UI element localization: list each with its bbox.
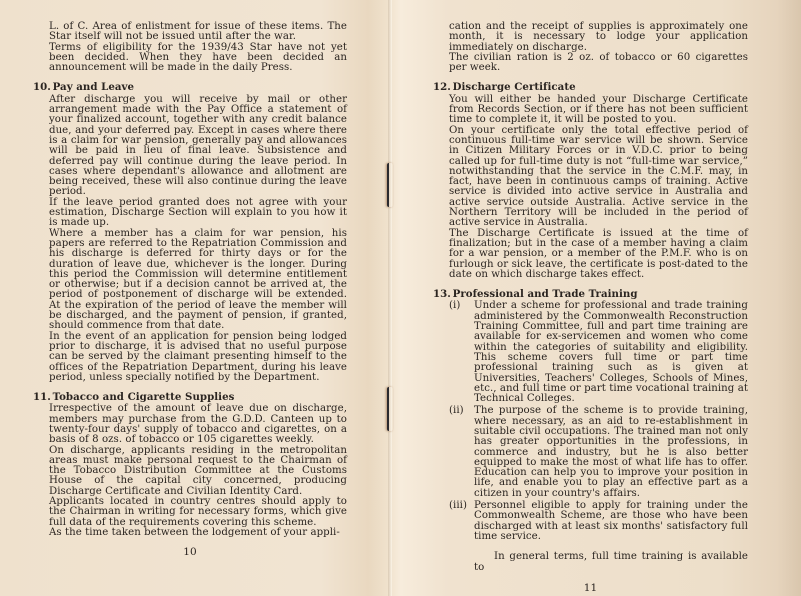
list-item-text: The purpose of the scheme is to provide … (474, 406, 748, 499)
left-intro-paragraph: L. of C. Area of enlistment for issue of… (49, 22, 347, 43)
section-tobacco-supplies: 11. Tobacco and Cigarette Supplies Irres… (33, 392, 347, 538)
section-heading: 11. Tobacco and Cigarette Supplies (33, 392, 347, 402)
list-item-text: Under a scheme for professional and trad… (474, 301, 748, 404)
paragraph: You will either be handed your Discharge… (449, 95, 748, 126)
section-number: 11. (33, 392, 49, 402)
paragraph: Where a member has a claim for war pensi… (49, 229, 347, 332)
right-intro-paragraph: The civilian ration is 2 oz. of tobacco … (449, 53, 748, 74)
list-marker: (i) (449, 301, 474, 404)
section-heading: 12. Discharge Certificate (433, 82, 748, 92)
staple-top (387, 163, 393, 207)
section-title: Professional and Trade Training (453, 288, 638, 300)
list-item: (iii) Personnel eligible to apply for tr… (449, 501, 748, 542)
list-item: (ii) The purpose of the scheme is to pro… (449, 406, 748, 499)
booklet-spine (388, 0, 392, 596)
paragraph: The Discharge Certificate is issued at t… (449, 229, 748, 280)
paragraph: After discharge you will receive by mail… (49, 95, 347, 198)
paragraph: Irrespective of the amount of leave due … (49, 404, 347, 445)
list-marker: (ii) (449, 406, 474, 499)
paragraph: On your certificate only the total effec… (449, 126, 748, 229)
section-title: Pay and Leave (53, 81, 134, 93)
left-intro-paragraph: Terms of eligibility for the 1939/43 Sta… (49, 43, 347, 74)
section-number: 13. (433, 289, 449, 299)
list-item-text: Personnel eligible to apply for training… (474, 501, 748, 542)
right-page: cation and the receipt of supplies is ap… (433, 22, 748, 594)
paragraph: As the time taken between the lodgement … (49, 528, 347, 538)
booklet-spread: L. of C. Area of enlistment for issue of… (0, 0, 801, 596)
section-discharge-certificate: 12. Discharge Certificate You will eithe… (433, 82, 748, 280)
page-number: 11 (433, 583, 748, 593)
continuation-paragraph: In general terms, full time training is … (474, 552, 748, 573)
paragraph: In the event of an application for pensi… (49, 332, 347, 383)
section-heading: 10. Pay and Leave (33, 82, 347, 92)
section-pay-and-leave: 10. Pay and Leave After discharge you wi… (33, 82, 347, 383)
paragraph: Applicants located in country centres sh… (49, 497, 347, 528)
paragraph: On discharge, applicants residing in the… (49, 446, 347, 497)
section-heading: 13. Professional and Trade Training (433, 289, 748, 299)
left-page: L. of C. Area of enlistment for issue of… (33, 22, 347, 558)
section-number: 12. (433, 82, 449, 92)
paragraph: If the leave period granted does not agr… (49, 198, 347, 229)
staple-bottom (387, 387, 393, 431)
list-item: (i) Under a scheme for professional and … (449, 301, 748, 404)
section-title: Discharge Certificate (453, 81, 576, 93)
section-professional-training: 13. Professional and Trade Training (i) … (433, 289, 748, 573)
section-title: Tobacco and Cigarette Supplies (53, 391, 235, 403)
list-marker: (iii) (449, 501, 474, 542)
page-number: 10 (33, 547, 347, 557)
section-number: 10. (33, 82, 49, 92)
right-intro-paragraph: cation and the receipt of supplies is ap… (449, 22, 748, 53)
